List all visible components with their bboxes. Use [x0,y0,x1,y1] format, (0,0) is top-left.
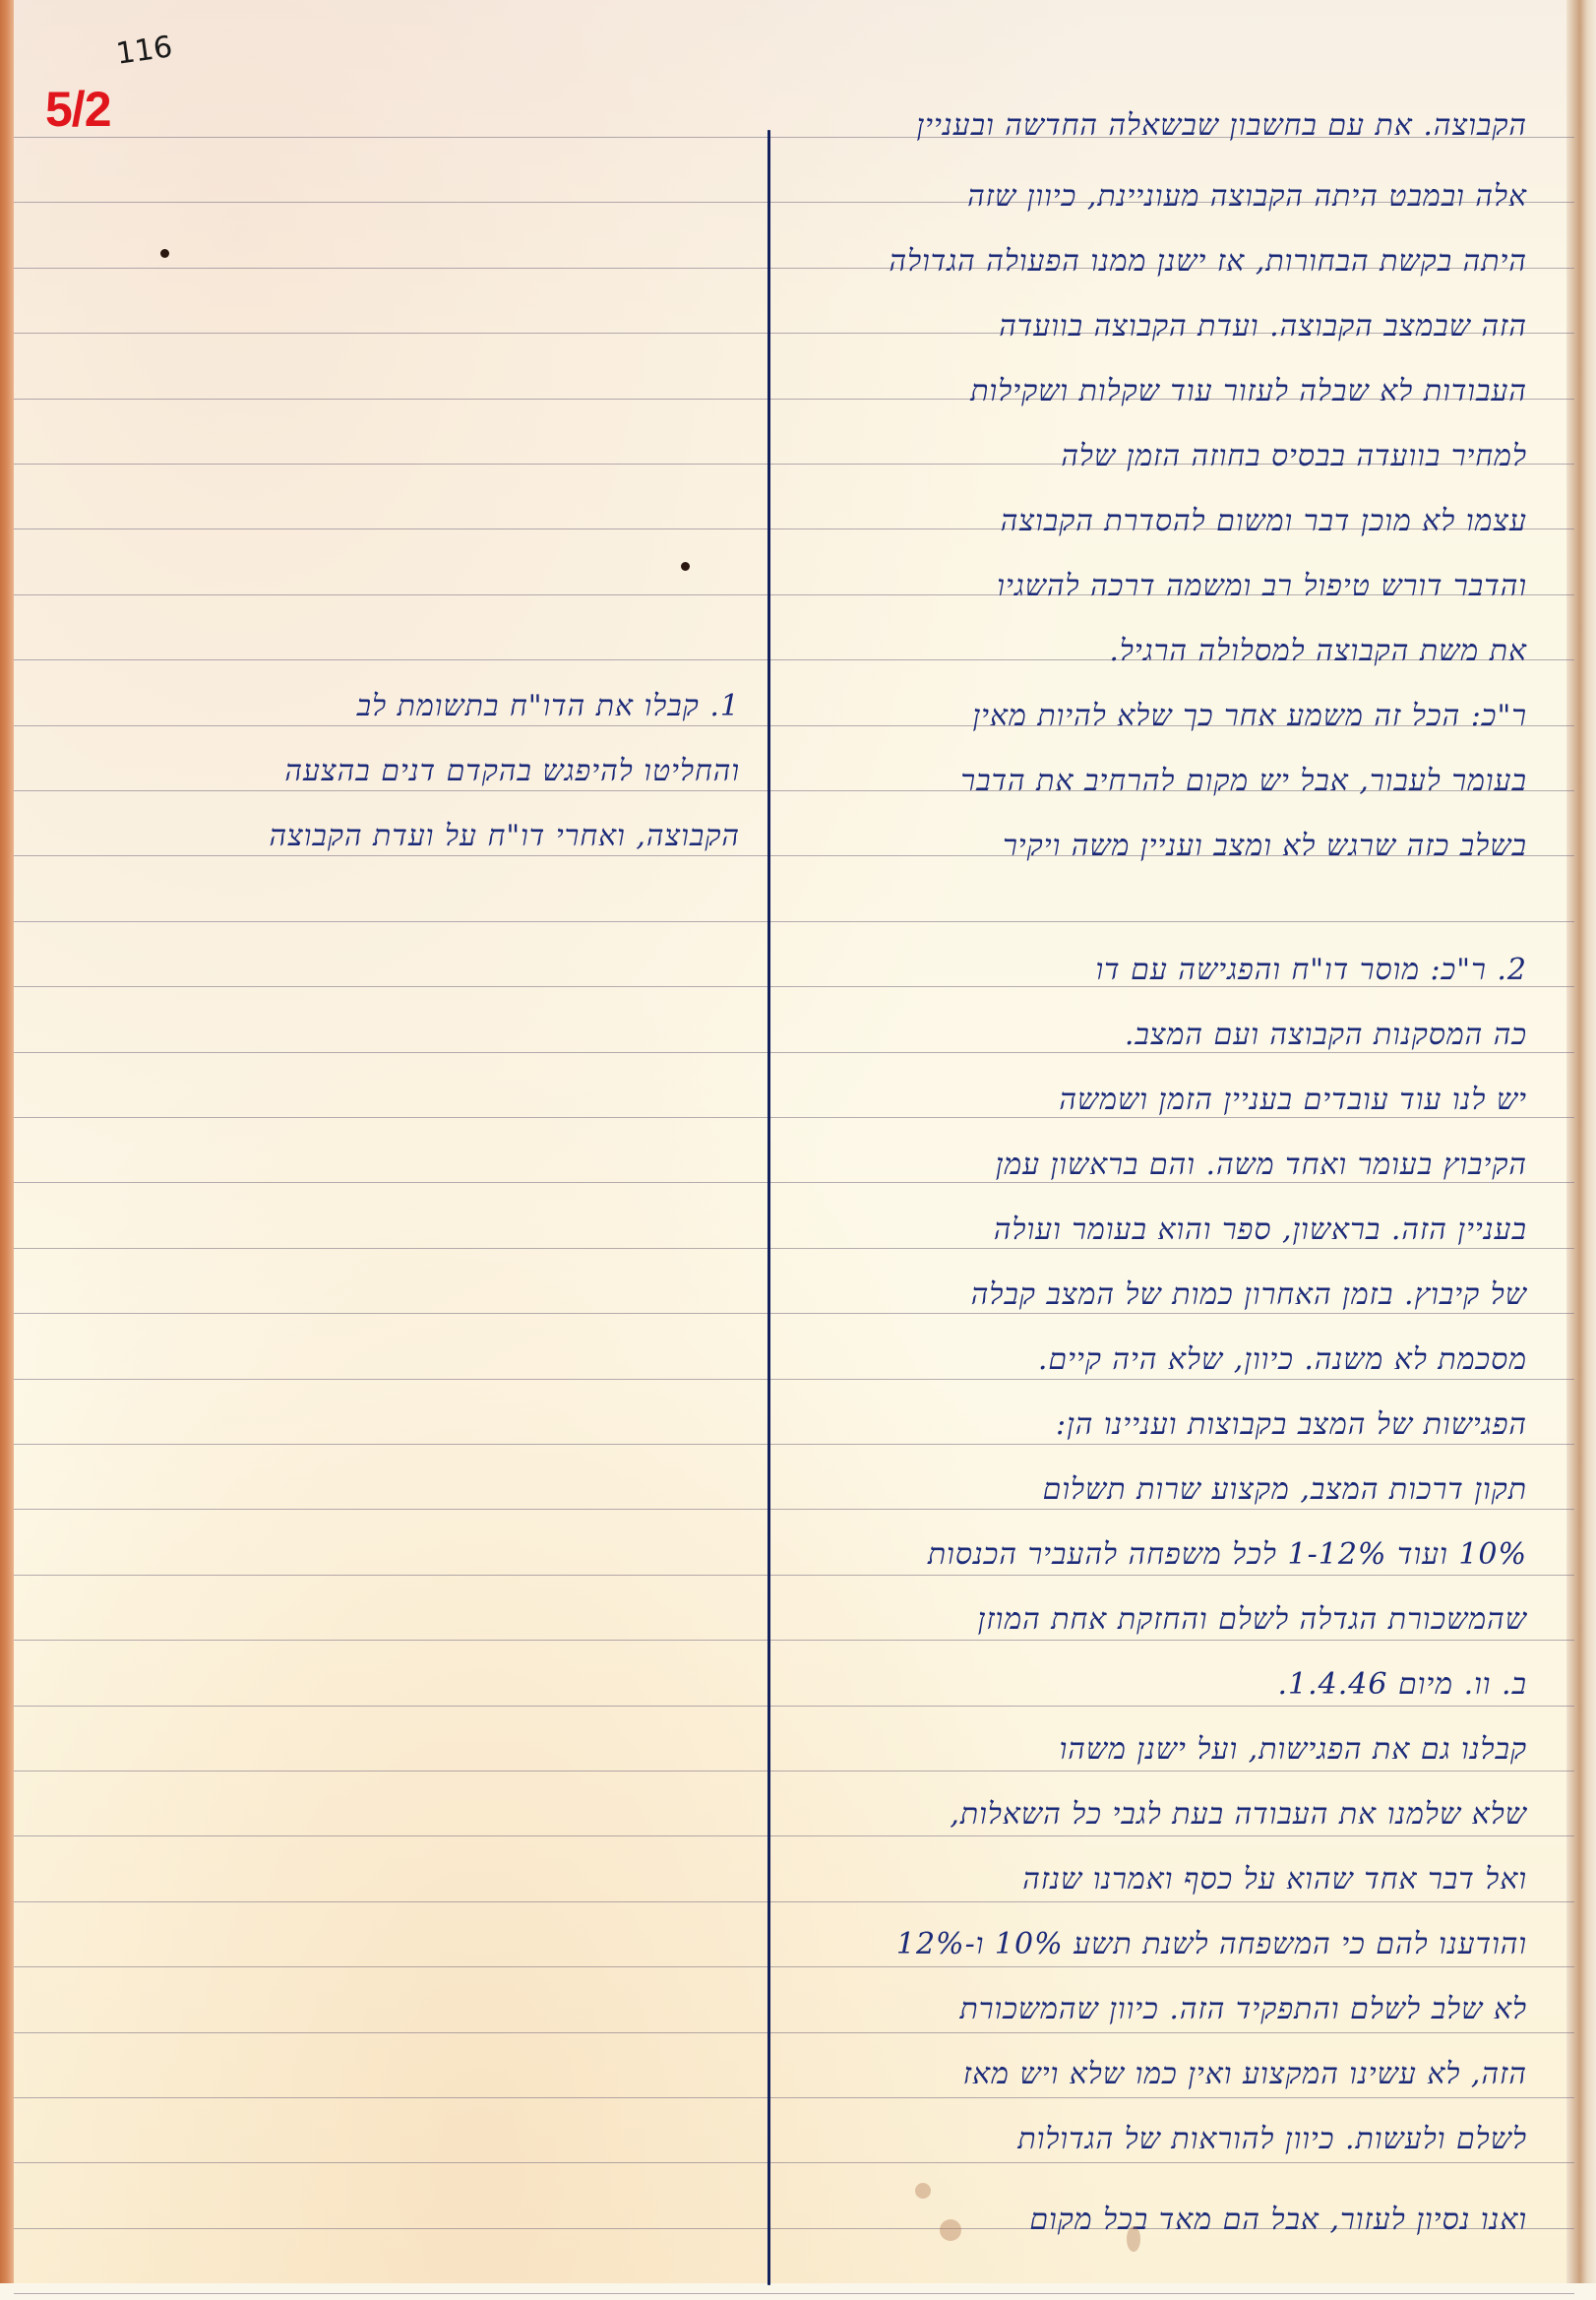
ruled-line [14,1771,1574,1772]
side-note-line: הקבוצה, ואחרי דו"ח על ועדת הקבוצה [31,819,740,853]
page-binding-edge [0,0,14,2283]
ruled-line [14,2032,1574,2033]
handwritten-line: שהמשכורת הגדלה לשלם והחזקת אחת המוזן [760,1602,1527,1637]
paper-stain [1127,2226,1140,2252]
handwritten-line: לא שלב לשלם והתפקיד הזה. כיוון שהמשכורת [760,1992,1527,2026]
handwritten-line: הפגישות של המצב בקבוצות ועניינו הן: [760,1407,1527,1442]
handwritten-line: ר"כ: הכל זה משמע אחר כך שלא להיות מאין [760,699,1527,733]
page-number: 116 [114,30,175,72]
ruled-line [14,2097,1574,2098]
handwritten-line: היתה בקשת הבחורות, אז ישנן ממנו הפעולה ה… [760,244,1527,279]
handwritten-line: תקון דרכות המצב, מקצוע שרות תשלום [760,1472,1527,1507]
handwritten-line: ב. וו. מיום 1.4.46. [760,1667,1527,1702]
handwritten-line: קבלנו גם את הפגישות, ועל ישנן משהו [760,1732,1527,1767]
handwritten-line: והדבר דורש טיפול רב ומשמה דרכה להשגיו [760,569,1527,603]
handwritten-line: ואל דבר אחד שהוא על כסף ואמרנו שנזה [760,1862,1527,1896]
handwritten-line: העבודות לא שבלה לעזור עוד שקלות ושקילות [760,374,1527,408]
handwritten-line: הקבוצה. את עם בחשבון שבשאלה החדשה ובעניי… [760,108,1527,143]
handwritten-line: לשלם ולעשות. כיוון להוראות של הגדולות [760,2122,1527,2156]
handwritten-line: 2. ר"כ: מוסר דו"ח והפגישה עם דו [760,953,1527,987]
side-note-line: 1. קבלו את הדו"ח בתשומת לב [31,689,740,723]
handwritten-line: של קיבוץ. בזמן האחרון כמות של המצב קבלה [760,1277,1527,1312]
ruled-line [14,2162,1574,2163]
ruled-line [14,1575,1574,1576]
handwritten-line: והודענו להם כי המשפחה לשנת תשע 10% ו-12% [760,1927,1527,1961]
ruled-line [14,921,1574,922]
ruled-line [14,1379,1574,1380]
page-right-edge [1566,0,1596,2283]
handwritten-line: עצמו לא מוכן דבר ומשום להסדרת הקבוצה [760,504,1527,538]
ruled-line [14,1835,1574,1836]
document-label: 5/2 [45,81,111,138]
ruled-line [14,1640,1574,1641]
handwritten-line: הזה, לא עשינו המקצוע ואין כמו שלא ויש מא… [760,2057,1527,2091]
ink-dot [681,562,690,571]
paper-stain [915,2183,931,2199]
ruled-line [14,1509,1574,1510]
ruled-line [14,1248,1574,1249]
handwritten-line: בשלב כזה שרגש לא ומצב ועניין משה ויקיר [760,829,1527,863]
handwritten-line: הקיבוץ בעומר ואחד משה. והם בראשון עמן [760,1148,1527,1182]
ruled-line [14,1901,1574,1902]
ruled-line [14,1182,1574,1183]
ruled-line [14,1706,1574,1707]
ruled-line [14,1966,1574,1967]
handwritten-line: למחיר בוועדה בבסיס בחוזה הזמן שלה [760,439,1527,473]
ruled-line [14,2293,1574,2294]
handwritten-line: בעניין הזה. בראשון, ספר והוא בעומר ועולה [760,1212,1527,1247]
handwritten-line: 10% ועוד 1-12% לכל משפחה להעביר הכנסות [760,1537,1527,1572]
notebook-page: 116 5/2 1. קבלו את הדו"ח בתשומת לב והחלי… [0,0,1596,2283]
handwritten-line: שלא שלמנו את העבודה בעת לגבי כל השאלות, [760,1797,1527,1832]
handwritten-line: הזה שבמצב הקבוצה. ועדת הקבוצה בוועדה [760,309,1527,343]
ruled-line [14,1444,1574,1445]
ruled-line [14,1313,1574,1314]
handwritten-line: אלה ובמבט היתה הקבוצה מעוניינת, כיוון שז… [760,179,1527,214]
handwritten-line: ואנו נסיון לעזור, אבל הם מאד בכל מקום [760,2203,1527,2237]
paper-stain [940,2219,961,2241]
handwritten-line: בעומר לעבור, אבל יש מקום להרחיב את הדבר [760,764,1527,798]
handwritten-line: כה המסקנות הקבוצה ועם המצב. [760,1018,1527,1052]
ink-dot [160,249,169,258]
handwritten-line: יש לנו עוד עובדים בעניין הזמן ושמשה [760,1083,1527,1117]
side-note-line: והחליטו להיפגש בהקדם דנים בהצעה [31,754,740,788]
ruled-line [14,1117,1574,1118]
handwritten-line: מסכמת לא משנה. כיוון, שלא היה קיים. [760,1342,1527,1377]
handwritten-line: את משת הקבוצה למסלולה הרגיל. [760,634,1527,668]
